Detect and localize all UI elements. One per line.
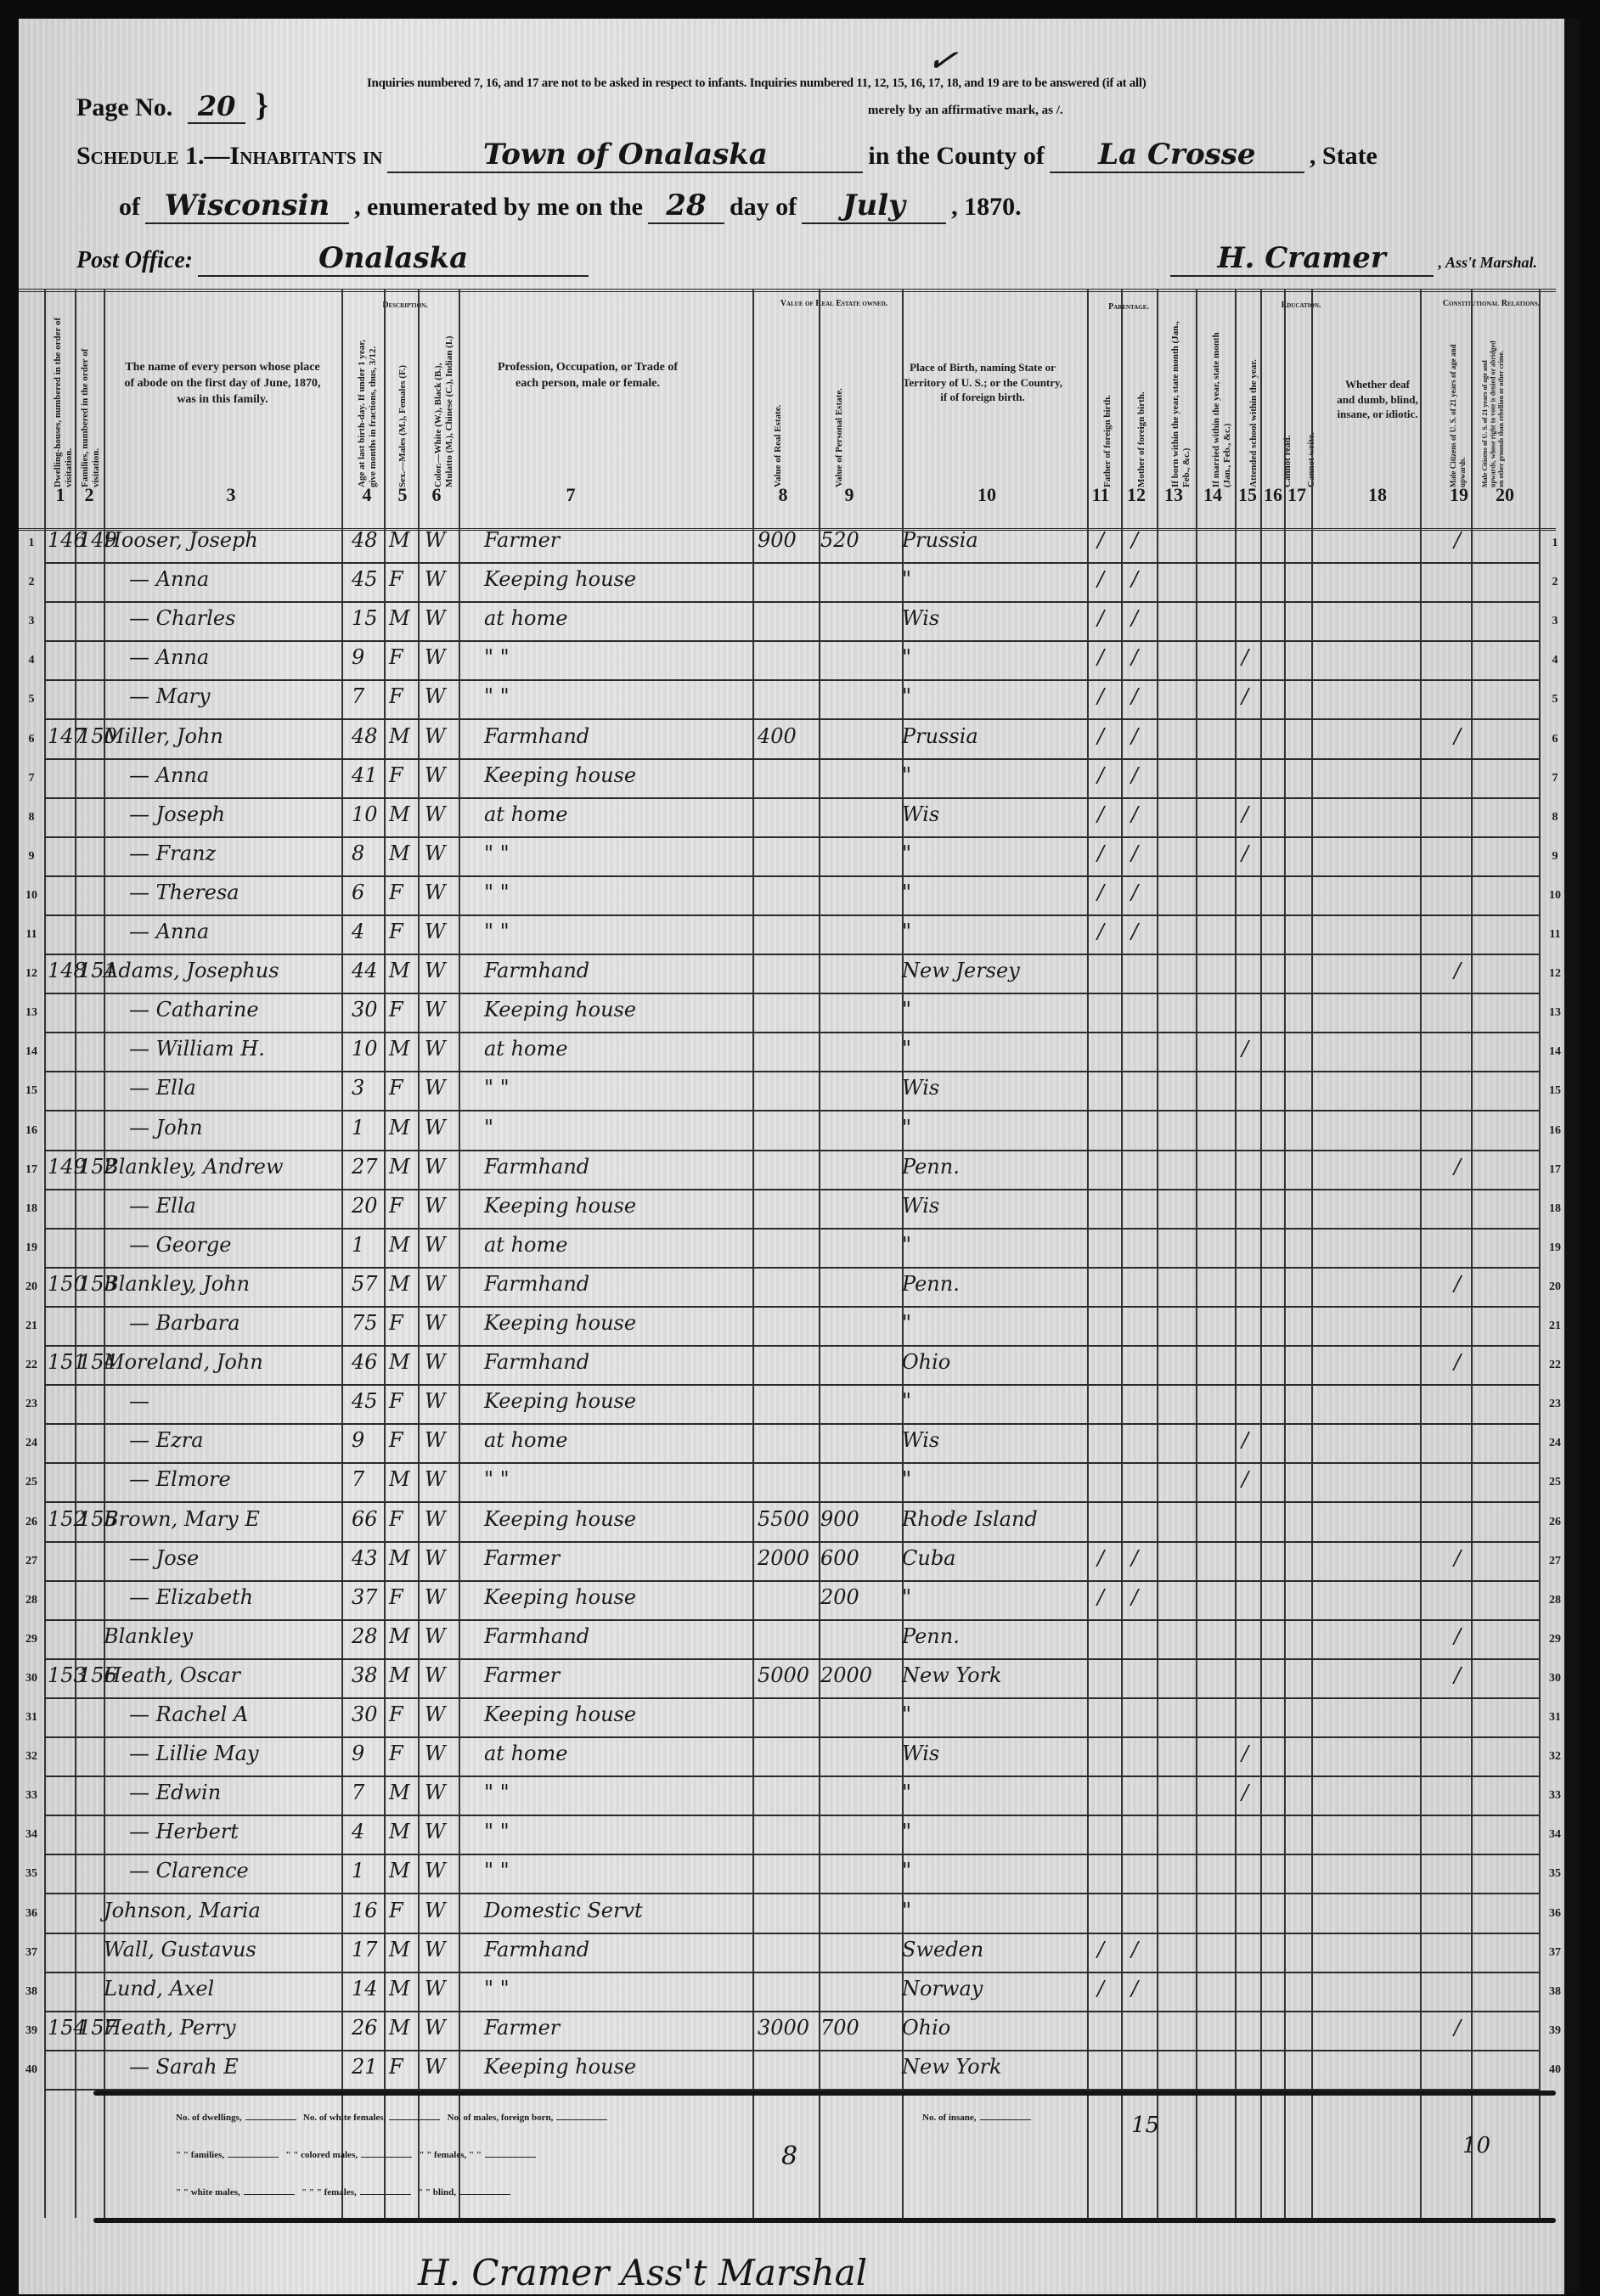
cell-age: 57 [352, 1272, 378, 1296]
cell-sex: M [389, 1663, 410, 1687]
line-number-left: 7 [19, 772, 44, 785]
cell-sex: F [389, 1428, 403, 1452]
table-row: 154157Heath, Perry26MWFarmer3000700Ohio/… [19, 2012, 1556, 2051]
cell-color: W [425, 645, 446, 669]
cell-color: W [425, 606, 446, 630]
line-number-left: 24 [19, 1437, 44, 1450]
line-number: 33 [1542, 1789, 1568, 1803]
line-number: 17 [1542, 1163, 1568, 1177]
table-row: — Elizabeth37FWKeeping house200"//2828 [19, 1582, 1556, 1621]
cell-personal: 200 [820, 1585, 859, 1609]
cell-sex: F [389, 645, 403, 669]
table-row: Blankley28MWFarmhandPenn./2929 [19, 1621, 1556, 1660]
cell-age: 48 [352, 528, 378, 552]
col-15-heading: Attended school within the year. [1248, 309, 1259, 487]
cell-sex: F [389, 763, 403, 787]
table-row: — Theresa6FW" ""//1010 [19, 877, 1556, 916]
cell-name: — Sarah E [129, 2055, 239, 2079]
cell-age: 46 [352, 1350, 378, 1374]
cell-father-foreign: / [1097, 920, 1104, 943]
cell-real: 5000 [758, 1663, 809, 1687]
of-label: of [119, 193, 140, 222]
col-num: 13 [1157, 484, 1191, 506]
cell-birthplace: " [902, 841, 911, 865]
summary-dwellings: No. of dwellings, [176, 2113, 242, 2123]
cell-age: 28 [352, 1624, 378, 1648]
cell-name: Miller, John [104, 724, 223, 748]
cell-sex: M [389, 724, 410, 748]
col-2-heading: Families, numbered in the order of visit… [80, 309, 102, 487]
line-number: 14 [1542, 1045, 1568, 1059]
cell-color: W [425, 1585, 446, 1609]
cell-age: 43 [352, 1546, 378, 1570]
day-of-label: day of [730, 193, 797, 222]
cell-occupation: Farmer [484, 1663, 560, 1687]
line-number-left: 29 [19, 1633, 44, 1646]
cell-mother-foreign: / [1131, 606, 1138, 630]
cell-occupation: Farmhand [484, 1624, 589, 1648]
cell-birthplace: " [902, 1389, 911, 1413]
summary-white-males: " " white males, [176, 2187, 240, 2198]
cell-name: — George [129, 1233, 232, 1257]
line-number: 23 [1542, 1398, 1568, 1411]
cell-name: Adams, Josephus [104, 959, 279, 982]
table-row: 151154Moreland, John46MWFarmhandOhio/222… [19, 1347, 1556, 1386]
cell-age: 66 [352, 1507, 378, 1531]
cell-birthplace: " [902, 645, 911, 669]
col-1-heading: Dwelling-houses, numbered in the order o… [53, 309, 75, 487]
cell-school: / [1242, 841, 1248, 865]
cell-occupation: " " [484, 645, 510, 669]
cell-real: 3000 [758, 2016, 809, 2040]
cell-color: W [425, 2055, 446, 2079]
cell-school: / [1242, 1467, 1248, 1491]
cell-color: W [425, 998, 446, 1021]
cell-occupation: " " [484, 841, 510, 865]
cell-sex: M [389, 1233, 410, 1257]
cell-sex: M [389, 1820, 410, 1843]
line-number: 32 [1542, 1750, 1568, 1764]
state-label: , State [1310, 142, 1377, 171]
table-row: — Anna41FWKeeping house"//77 [19, 760, 1556, 799]
cell-birthplace: Penn. [902, 1624, 960, 1648]
cell-age: 41 [352, 763, 378, 787]
cell-birthplace: " [902, 1820, 911, 1843]
cell-sex: F [389, 1507, 403, 1531]
cell-school: / [1242, 645, 1248, 669]
table-row: — Charles15MWat homeWis//33 [19, 603, 1556, 642]
cell-sex: F [389, 1076, 403, 1100]
post-office-label: Post Office: [76, 247, 193, 274]
col-6-heading: Color.—White (W.), Black (B.), Mulatto (… [433, 335, 455, 487]
cell-personal: 700 [820, 2016, 859, 2040]
cell-name: — Anna [129, 920, 209, 943]
cell-sex: F [389, 1389, 403, 1413]
cell-color: W [425, 802, 446, 826]
cell-sex: M [389, 1467, 410, 1491]
cell-citizen: / [1454, 1350, 1461, 1374]
line-number-left: 2 [19, 576, 44, 589]
cell-father-foreign: / [1097, 1938, 1104, 1961]
cell-school: / [1242, 1781, 1248, 1804]
cell-birthplace: " [902, 1585, 911, 1609]
cell-sex: F [389, 567, 403, 591]
cell-name: Lund, Axel [104, 1977, 214, 2001]
table-row: — Elmore7MW" ""/2525 [19, 1464, 1556, 1503]
table-row: — Mary7FW" ""///55 [19, 681, 1556, 720]
marshal-label: , Ass't Marshal. [1439, 254, 1537, 272]
line-number: 20 [1542, 1280, 1568, 1294]
cell-occupation: Farmhand [484, 1938, 589, 1961]
cell-citizen: / [1454, 1155, 1461, 1179]
cell-name: — Elmore [129, 1467, 231, 1491]
cell-age: 20 [352, 1194, 378, 1218]
summary-insane-label: No. of insane, [922, 2113, 977, 2123]
table-row: — Herbert4MW" ""3434 [19, 1816, 1556, 1855]
post-office-field: Onalaska [198, 241, 589, 277]
cell-father-foreign: / [1097, 881, 1104, 904]
cell-color: W [425, 1233, 446, 1257]
table-row: Wall, Gustavus17MWFarmhandSweden//3737 [19, 1934, 1556, 1973]
cell-sex: M [389, 1116, 410, 1140]
cell-color: W [425, 1350, 446, 1374]
cell-name: — Mary [129, 684, 211, 708]
col-5-heading: Sex.—Males (M.), Females (F.) [397, 335, 408, 487]
col-num: 2 [76, 484, 102, 506]
line-number-left: 31 [19, 1711, 44, 1725]
line-number: 25 [1542, 1476, 1568, 1489]
cell-name: — Charles [129, 606, 235, 630]
table-row: — Rachel A30FWKeeping house"3131 [19, 1699, 1556, 1738]
cell-name: — Rachel A [129, 1702, 248, 1726]
cell-sex: M [389, 1938, 410, 1961]
cell-occupation: Keeping house [484, 1507, 636, 1531]
cell-sex: M [389, 1155, 410, 1179]
cell-mother-foreign: / [1131, 841, 1138, 865]
cell-color: W [425, 1781, 446, 1804]
line-number: 29 [1542, 1633, 1568, 1646]
cell-mother-foreign: / [1131, 1546, 1138, 1570]
cell-name: — [129, 1389, 149, 1413]
cell-occupation: " " [484, 1977, 510, 2001]
line-number-left: 13 [19, 1006, 44, 1020]
cell-age: 16 [352, 1899, 378, 1922]
cell-age: 45 [352, 1389, 378, 1413]
cell-color: W [425, 684, 446, 708]
education-group: Education. [1276, 301, 1327, 310]
cell-father-foreign: / [1097, 724, 1104, 748]
cell-mother-foreign: / [1131, 1938, 1138, 1961]
cell-age: 75 [352, 1311, 378, 1335]
cell-birthplace: New Jersey [902, 959, 1020, 982]
table-row: — Anna4FW" ""//1111 [19, 916, 1556, 955]
cell-name: Blankley [104, 1624, 193, 1648]
cell-name: — Franz [129, 841, 216, 865]
place-field: Town of Onalaska [387, 138, 863, 173]
line-number: 34 [1542, 1828, 1568, 1842]
line-number: 39 [1542, 2024, 1568, 2038]
line-number-left: 1 [19, 537, 44, 550]
col-4-heading: Age at last birth-day. If under 1 year, … [357, 335, 379, 487]
line-number: 2 [1542, 576, 1568, 589]
cell-name: — Clarence [129, 1859, 249, 1882]
line-number-left: 3 [19, 615, 44, 628]
cell-occupation: " " [484, 1859, 510, 1882]
cell-age: 9 [352, 1428, 364, 1452]
schedule-line: Schedule 1.—Inhabitants in Town of Onala… [76, 138, 1537, 173]
cell-birthplace: Sweden [902, 1938, 983, 1961]
col-num: 15 [1235, 484, 1260, 506]
table-row: — Clarence1MW" ""3535 [19, 1855, 1556, 1894]
line-number: 36 [1542, 1907, 1568, 1921]
line-number-left: 22 [19, 1359, 44, 1372]
line-number-left: 39 [19, 2024, 44, 2038]
table-row: 148151Adams, Josephus44MWFarmhandNew Jer… [19, 955, 1556, 994]
cell-school: / [1242, 1037, 1248, 1061]
cell-color: W [425, 1624, 446, 1648]
cell-age: 14 [352, 1977, 378, 2001]
table-row: — Anna45FWKeeping house"//22 [19, 564, 1556, 603]
cell-mother-foreign: / [1131, 1585, 1138, 1609]
page-label: Page No. [76, 93, 172, 121]
cell-sex: M [389, 1977, 410, 2001]
summary-families: " " families, [176, 2150, 224, 2160]
cell-birthplace: " [902, 1859, 911, 1882]
cell-sex: F [389, 1742, 403, 1765]
cell-mother-foreign: / [1131, 920, 1138, 943]
cell-citizen: / [1454, 1663, 1461, 1687]
cell-name: — Edwin [129, 1781, 221, 1804]
cell-birthplace: Wis [902, 1742, 939, 1765]
cell-name: — Ezra [129, 1428, 204, 1452]
line-number: 4 [1542, 654, 1568, 667]
cell-birthplace: " [902, 1311, 911, 1335]
county-field: La Crosse [1050, 138, 1304, 173]
col-7-heading: Profession, Occupation, or Trade of each… [494, 360, 681, 392]
cell-color: W [425, 1977, 446, 2001]
cell-birthplace: Penn. [902, 1272, 960, 1296]
line-number-left: 40 [19, 2063, 44, 2077]
cell-color: W [425, 763, 446, 787]
cell-sex: F [389, 2055, 403, 2079]
cell-birthplace: Wis [902, 1194, 939, 1218]
day-field: 28 [648, 189, 724, 224]
cell-birthplace: Wis [902, 1076, 939, 1100]
cell-name: — Lillie May [129, 1742, 259, 1765]
instruction-note: Inquiries numbered 7, 16, and 17 are not… [367, 76, 1146, 91]
col-num: 5 [386, 484, 420, 506]
tally-col19: 10 [1462, 2133, 1490, 2158]
cell-personal: 900 [820, 1507, 859, 1531]
line-number-left: 11 [19, 928, 44, 942]
cell-sex: M [389, 1037, 410, 1061]
cell-birthplace: Penn. [902, 1155, 960, 1179]
census-page: ✓ Page No. 20 } Inquiries numbered 7, 16… [19, 19, 1580, 2294]
summary-row-2: " " families, " " colored males, " " fem… [176, 2150, 536, 2160]
cell-birthplace: Wis [902, 1428, 939, 1452]
line-number: 27 [1542, 1555, 1568, 1568]
col-num: 20 [1488, 484, 1522, 506]
cell-color: W [425, 1899, 446, 1922]
cell-occupation: " " [484, 881, 510, 904]
cell-name: — William H. [129, 1037, 265, 1061]
cell-sex: M [389, 1781, 410, 1804]
cell-father-foreign: / [1097, 645, 1104, 669]
cell-color: W [425, 1428, 446, 1452]
cell-age: 7 [352, 684, 364, 708]
line-number: 21 [1542, 1320, 1568, 1333]
cell-school: / [1242, 1428, 1248, 1452]
cell-age: 3 [352, 1076, 364, 1100]
cell-name: Heath, Perry [104, 2016, 236, 2040]
enumerated-label: , enumerated by me on the [354, 193, 643, 222]
year-label: , 1870. [951, 193, 1022, 222]
cell-sex: F [389, 920, 403, 943]
cell-age: 1 [352, 1233, 364, 1257]
col-num: 9 [824, 484, 875, 506]
line-number: 12 [1542, 967, 1568, 981]
cell-citizen: / [1454, 2016, 1461, 2040]
line-number-left: 4 [19, 654, 44, 667]
cell-mother-foreign: / [1131, 1977, 1138, 2001]
summary-foreign-females: " " females, " " [419, 2150, 482, 2160]
col-num: 16 [1260, 484, 1286, 506]
cell-sex: F [389, 1194, 403, 1218]
col-num: 17 [1284, 484, 1310, 506]
cell-birthplace: Ohio [902, 2016, 950, 2040]
cell-age: 30 [352, 998, 378, 1021]
cell-name: Blankley, John [104, 1272, 250, 1296]
cell-age: 26 [352, 2016, 378, 2040]
cell-occupation: Keeping house [484, 1585, 636, 1609]
line-number-left: 6 [19, 733, 44, 746]
cell-citizen: / [1454, 1272, 1461, 1296]
cell-birthplace: Prussia [902, 528, 978, 552]
line-number: 3 [1542, 615, 1568, 628]
cell-occupation: Farmhand [484, 1272, 589, 1296]
cell-birthplace: Ohio [902, 1350, 950, 1374]
cell-sex: F [389, 684, 403, 708]
cell-birthplace: " [902, 881, 911, 904]
table-row: — George1MWat home"1919 [19, 1230, 1556, 1269]
cell-birthplace: Rhode Island [902, 1507, 1038, 1531]
col-14-heading: If married within the year, state month … [1211, 309, 1233, 487]
cell-occupation: Keeping house [484, 998, 636, 1021]
cell-color: W [425, 724, 446, 748]
cell-color: W [425, 1938, 446, 1961]
cell-age: 10 [352, 802, 378, 826]
cell-occupation: " " [484, 1781, 510, 1804]
col-18-heading: Whether deaf and dumb, blind, insane, or… [1335, 377, 1420, 422]
col-num: 12 [1119, 484, 1153, 506]
cell-color: W [425, 1467, 446, 1491]
cell-birthplace: " [902, 684, 911, 708]
cell-name: — Joseph [129, 802, 225, 826]
parentage-group: Parentage. [1090, 302, 1167, 312]
cell-father-foreign: / [1097, 1977, 1104, 2001]
cell-birthplace: " [902, 1116, 911, 1140]
line-number-left: 15 [19, 1084, 44, 1098]
schedule-label: Schedule 1.—Inhabitants in [76, 142, 382, 171]
cell-father-foreign: / [1097, 606, 1104, 630]
line-number: 31 [1542, 1711, 1568, 1725]
line-number: 15 [1542, 1084, 1568, 1098]
cell-age: 21 [352, 2055, 378, 2079]
cell-mother-foreign: / [1131, 881, 1138, 904]
col-num: 7 [545, 484, 596, 506]
table-row: — Ella3FW" "Wis1515 [19, 1072, 1556, 1111]
cell-name: — Herbert [129, 1820, 239, 1843]
col-20-heading: Male Citizens of U. S. of 21 years of ag… [1481, 335, 1506, 487]
marshal-signature: H. Cramer Ass't Marshal [418, 2252, 867, 2293]
cell-occupation: Keeping house [484, 1311, 636, 1335]
cell-name: — Barbara [129, 1311, 240, 1335]
cell-color: W [425, 959, 446, 982]
cell-age: 7 [352, 1781, 364, 1804]
cell-birthplace: " [902, 1781, 911, 1804]
cell-age: 6 [352, 881, 364, 904]
cell-birthplace: Wis [902, 606, 939, 630]
cell-name: Brown, Mary E [104, 1507, 260, 1531]
cell-color: W [425, 1820, 446, 1843]
line-number: 18 [1542, 1202, 1568, 1216]
cell-occupation: Keeping house [484, 763, 636, 787]
cell-citizen: / [1454, 959, 1461, 982]
cell-occupation: Keeping house [484, 1389, 636, 1413]
cell-age: 45 [352, 567, 378, 591]
cell-age: 38 [352, 1663, 378, 1687]
cell-age: 7 [352, 1467, 364, 1491]
cell-birthplace: Prussia [902, 724, 978, 748]
cell-citizen: / [1454, 528, 1461, 552]
summary-row-1: No. of dwellings, No. of white females, … [176, 2113, 607, 2123]
col-num: 8 [758, 484, 808, 506]
summary-insane: No. of insane, [922, 2113, 1031, 2123]
cell-occupation: Farmhand [484, 1350, 589, 1374]
cell-color: W [425, 1194, 446, 1218]
line-number: 22 [1542, 1359, 1568, 1372]
cell-sex: M [389, 1624, 410, 1648]
cell-age: 15 [352, 606, 378, 630]
cell-birthplace: Wis [902, 802, 939, 826]
cell-color: W [425, 1742, 446, 1765]
col-num: 10 [961, 484, 1012, 506]
cell-sex: M [389, 1350, 410, 1374]
cell-occupation: " " [484, 1820, 510, 1843]
line-number-left: 34 [19, 1828, 44, 1842]
line-number-left: 27 [19, 1555, 44, 1568]
cell-real: 400 [758, 724, 797, 748]
marshal-name: H. Cramer [1170, 241, 1434, 277]
line-number-left: 26 [19, 1516, 44, 1529]
cell-name: — Anna [129, 763, 209, 787]
line-number-left: 14 [19, 1045, 44, 1059]
instruction-note-2: merely by an affirmative mark, as /. [868, 104, 1063, 118]
cell-occupation: Farmhand [484, 1155, 589, 1179]
cell-color: W [425, 920, 446, 943]
cell-father-foreign: / [1097, 528, 1104, 552]
cell-personal: 2000 [820, 1663, 872, 1687]
line-number-left: 28 [19, 1594, 44, 1607]
line-number: 24 [1542, 1437, 1568, 1450]
col-10-heading: Place of Birth, naming State or Territor… [902, 360, 1063, 405]
cell-occupation: at home [484, 1233, 567, 1257]
cell-father-foreign: / [1097, 841, 1104, 865]
cell-name: — Elizabeth [129, 1585, 253, 1609]
cell-occupation: Domestic Servt [484, 1899, 643, 1922]
cell-age: 37 [352, 1585, 378, 1609]
cell-mother-foreign: / [1131, 684, 1138, 708]
